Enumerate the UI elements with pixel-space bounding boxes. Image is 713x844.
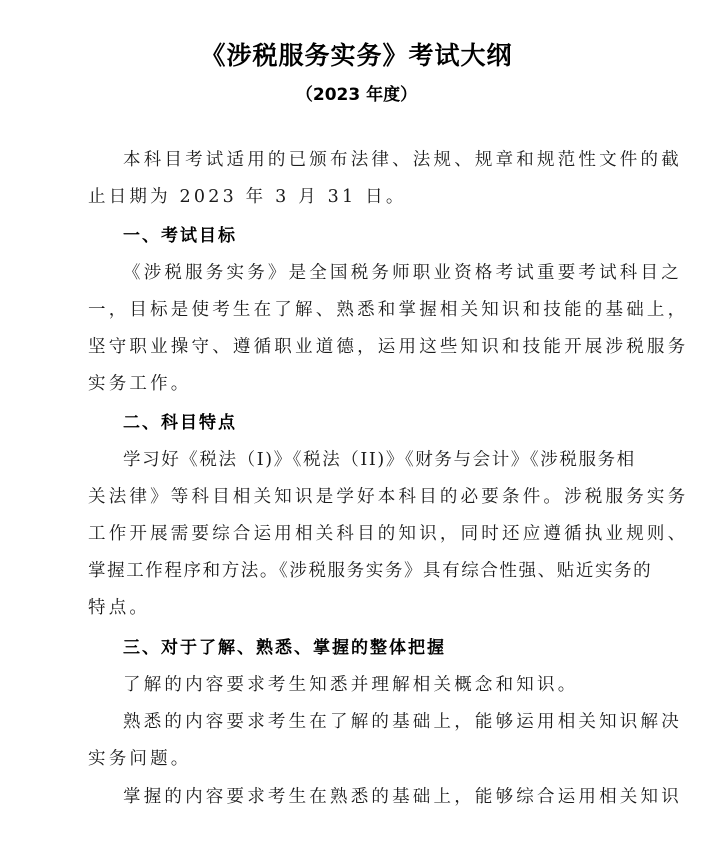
document-page: 《涉税服务实务》考试大纲 （2023 年度） 本科目考试适用的已颁布法律、法规、… [0,0,713,844]
paragraph-line: 熟悉的内容要求考生在了解的基础上，能够运用相关知识解决 [123,708,618,733]
paragraph-line: 一，目标是使考生在了解、熟悉和掌握相关知识和技能的基础上， [88,296,618,321]
section-heading-subject-features: 二、科目特点 [123,408,618,433]
paragraph-line: 《涉税服务实务》是全国税务师职业资格考试重要考试科目之 [123,259,618,284]
paragraph-line: 掌握工作程序和方法。《涉税服务实务》具有综合性强、贴近实务的 [88,557,618,582]
paragraph-line: 坚守职业操守、遵循职业道德，运用这些知识和技能开展涉税服务 [88,333,618,358]
paragraph-line: 本科目考试适用的已颁布法律、法规、规章和规范性文件的截 [123,146,618,171]
paragraph-line: 了解的内容要求考生知悉并理解相关概念和知识。 [123,671,618,696]
document-title: 《涉税服务实务》考试大纲 [0,36,713,72]
paragraph-line: 学习好《税法（Ⅰ)》《税法（II)》《财务与会计》《涉税服务相 [123,446,618,471]
paragraph-line: 工作开展需要综合运用相关科目的知识，同时还应遵循执业规则、 [88,520,618,545]
paragraph-line: 实务问题。 [88,745,618,770]
document-subtitle: （2023 年度） [0,80,713,105]
paragraph-line: 关法律》等科目相关知识是学好本科目的必要条件。涉税服务实务 [88,483,618,508]
paragraph-line: 掌握的内容要求考生在熟悉的基础上，能够综合运用相关知识 [123,783,618,808]
paragraph-line: 特点。 [88,594,618,619]
section-heading-exam-objective: 一、考试目标 [123,221,618,246]
paragraph-line: 实务工作。 [88,370,618,395]
section-heading-overall-grasp: 三、对于了解、熟悉、掌握的整体把握 [123,633,618,658]
paragraph-line: 止日期为 2023 年 3 月 31 日。 [88,183,618,208]
